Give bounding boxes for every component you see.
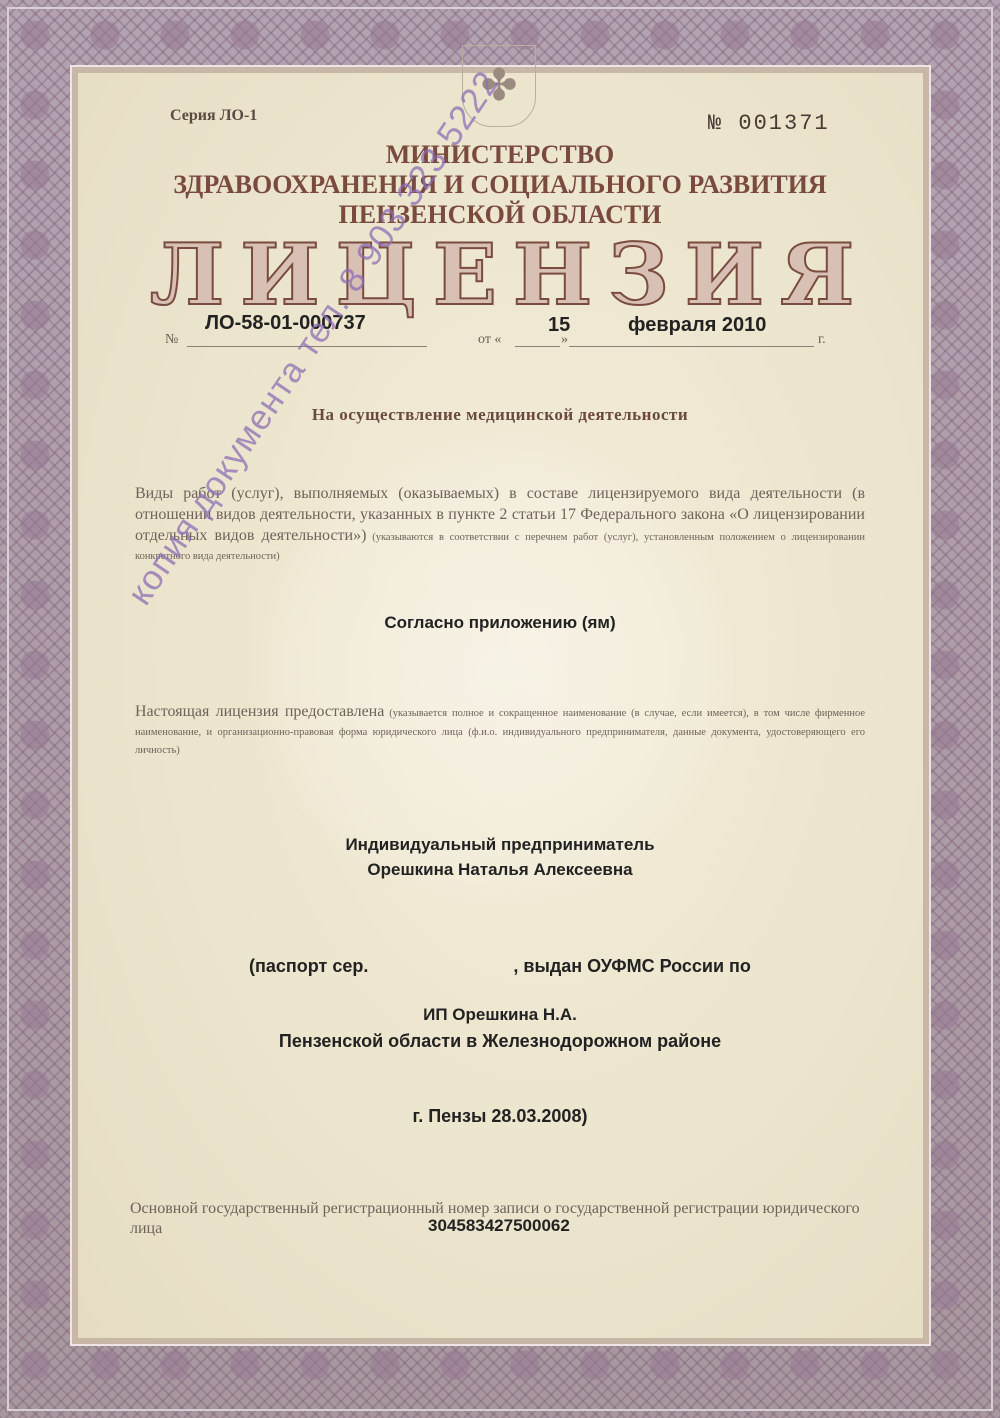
passport-line-2: Пензенской области в Железнодорожном рай… <box>130 1029 870 1054</box>
ministry-name: МИНИСТЕРСТВО ЗДРАВООХРАНЕНИЯ И СОЦИАЛЬНО… <box>130 140 870 230</box>
ministry-line-1: МИНИСТЕРСТВО <box>130 140 870 170</box>
passport-line-1: (паспорт сер. , выдан ОУФМС России по <box>130 954 870 979</box>
day-underline <box>515 346 560 347</box>
license-number-row: № ЛО-58-01-000737 от « » 15 февраля 2010… <box>165 312 835 352</box>
holder-name: Орешкина Наталья Алексеевна <box>130 857 870 882</box>
works-description: Виды работ (услуг), выполняемых (оказыва… <box>135 483 865 564</box>
month-underline <box>569 346 814 347</box>
year-suffix: г. <box>818 332 826 348</box>
from-label: от « <box>478 332 501 348</box>
passport-details: (паспорт сер. , выдан ОУФМС России по Пе… <box>130 904 870 1154</box>
license-day: 15 <box>548 314 570 337</box>
document-title: ЛИЦЕНЗИЯ <box>150 225 850 324</box>
ogrn-value: 304583427500062 <box>428 1216 570 1236</box>
granted-text: Настоящая лицензия предоставлена <box>135 703 384 720</box>
series-label: Серия ЛО-1 <box>170 107 257 125</box>
number-symbol: № <box>165 332 178 348</box>
ministry-line-2: ЗДРАВООХРАНЕНИЯ И СОЦИАЛЬНОГО РАЗВИТИЯ <box>130 170 870 200</box>
license-holder: Индивидуальный предприниматель Орешкина … <box>130 832 870 882</box>
holder-type: Индивидуальный предприниматель <box>130 832 870 857</box>
granted-description: Настоящая лицензия предоставлена (указыв… <box>135 701 865 758</box>
works-value: Согласно приложению (ям) <box>130 613 870 633</box>
passport-line-3: г. Пензы 28.03.2008) <box>130 1104 870 1129</box>
holder-short-name: ИП Орешкина Н.А. <box>130 1005 870 1025</box>
form-number: № 001371 <box>708 111 830 136</box>
license-month-year: февраля 2010 <box>628 314 766 337</box>
